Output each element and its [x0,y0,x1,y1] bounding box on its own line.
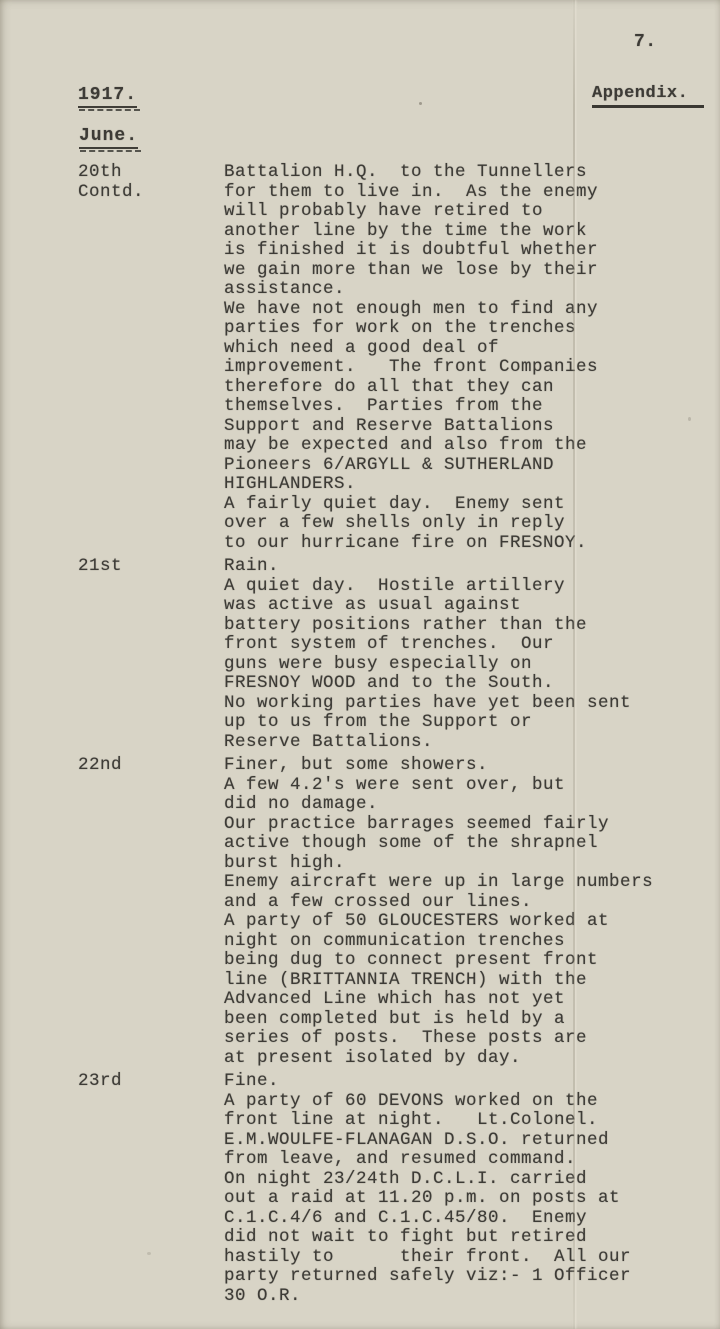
diary-entry: 21st Rain. A quiet day. Hostile artiller… [78,557,704,752]
month-text: June. [79,126,138,149]
entry-body: Battalion H.Q. to the Tunnellers for the… [224,163,704,553]
appendix-heading: Appendix. [592,84,704,108]
year-heading: 1917. [78,85,137,108]
diary-entries: 20th Contd. Battalion H.Q. to the Tunnel… [78,163,704,1310]
fold-crease [573,0,575,1329]
entry-date: 22nd [78,756,224,1068]
diary-page: 7. 1917. Appendix. June. 20th Contd. Bat… [0,0,720,1329]
paper-speck [147,1252,151,1255]
year-text: 1917. [78,85,137,108]
entry-date: 20th Contd. [78,163,224,553]
entry-date: 21st [78,557,224,752]
diary-entry: 22nd Finer, but some showers. A few 4.2'… [78,756,704,1068]
entry-body: Fine. A party of 60 DEVONS worked on the… [224,1072,704,1306]
diary-entry: 23rd Fine. A party of 60 DEVONS worked o… [78,1072,704,1306]
entry-body: Rain. A quiet day. Hostile artillery was… [224,557,704,752]
paper-speck [419,102,422,105]
entry-date: 23rd [78,1072,224,1306]
diary-entry: 20th Contd. Battalion H.Q. to the Tunnel… [78,163,704,553]
paper-speck [456,497,461,501]
month-heading: June. [79,126,138,149]
page-number: 7. [634,32,657,52]
entry-body: Finer, but some showers. A few 4.2's wer… [224,756,704,1068]
appendix-text: Appendix. [592,84,704,108]
paper-speck [688,417,691,421]
